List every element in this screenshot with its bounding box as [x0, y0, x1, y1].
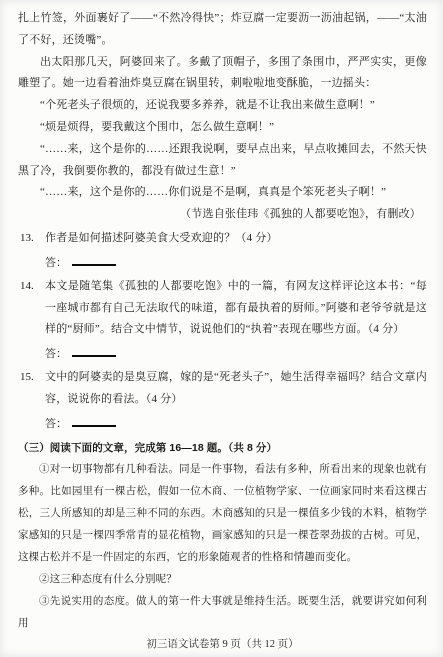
question-13: 13. 作者是如何描述阿婆美食大受欢迎的？（4 分）	[18, 228, 427, 250]
answer-blank	[72, 253, 116, 266]
answer-label: 答：	[45, 348, 67, 360]
essay-paragraph: ③先说实用的态度。做人的第一件大事就是维持生活。既要生活，就要讲究如何利用	[18, 591, 427, 635]
passage-paragraph: 出太阳那几天，阿婆回来了。多戴了顶帽子，多围了条围巾，严严实实，更像雕塑了。她一…	[18, 52, 427, 96]
essay-paragraph: ②这三种态度有什么分别呢？	[18, 569, 427, 591]
question-number: 14.	[20, 276, 34, 298]
answer-line-13: 答：	[45, 253, 427, 273]
section-3: （三）阅读下面的文章，完成第 16—18 题。（共 8 分） ①对一切事物都有几…	[18, 437, 427, 635]
answer-blank	[72, 414, 116, 427]
questions-section: 13. 作者是如何描述阿婆美食大受欢迎的？（4 分） 答： 14. 本文是随笔集…	[18, 228, 427, 434]
section-3-header: （三）阅读下面的文章，完成第 16—18 题。（共 8 分）	[18, 437, 427, 459]
question-number: 15.	[20, 367, 34, 389]
answer-label: 答：	[45, 418, 67, 430]
passage-paragraph: “……来，这个是你的……你们说是不是啊，真真是个笨死老头子啊！”	[18, 182, 427, 204]
answer-line-15: 答：	[45, 414, 427, 434]
question-text: 作者是如何描述阿婆美食大受欢迎的？（4 分）	[45, 228, 427, 250]
question-14: 14. 本文是随笔集《孤独的人都要吃饱》中的一篇，有网友这样评论这本书：“每一座…	[18, 276, 427, 341]
passage-paragraph: “个死老头子很烦的，还说我要多养养，就是不让我出来做生意啊！”	[18, 95, 427, 117]
passage-attribution: （节选自张佳玮《孤独的人都要吃饱》，有删改）	[18, 204, 421, 226]
question-text: 文中的阿婆卖的是臭豆腐，嫁的是“死老头子”，她生活得幸福吗？结合文章内容，说说你…	[45, 367, 427, 411]
essay-paragraph: ①对一切事物都有几种看法。同是一件事物，看法有多种，所看出来的现象也就有多种。比…	[18, 459, 427, 569]
answer-blank	[72, 344, 116, 357]
question-number: 13.	[20, 228, 34, 250]
answer-label: 答：	[45, 257, 67, 269]
question-text: 本文是随笔集《孤独的人都要吃饱》中的一篇，有网友这样评论这本书：“每一座城市都有…	[45, 276, 427, 341]
passage-paragraph: “烦是烦得，要我戴这个围巾，怎么做生意啊！”	[18, 117, 427, 139]
page-footer: 初三语文试卷第 9 页（共 12 页）	[18, 638, 427, 652]
reading-passage: 扎上竹签，外面裹好了——“不然冷得快”；炸豆腐一定要沥一沥油起锅，——“太油了不…	[18, 8, 427, 226]
question-15: 15. 文中的阿婆卖的是臭豆腐，嫁的是“死老头子”，她生活得幸福吗？结合文章内容…	[18, 367, 427, 411]
passage-paragraph: “……来，这个是你的……还跟我说啊，要早点出来，早点收摊回去，不然天快黑了冷，我…	[18, 139, 427, 183]
passage-paragraph: 扎上竹签，外面裹好了——“不然冷得快”；炸豆腐一定要沥一沥油起锅，——“太油了不…	[18, 8, 427, 52]
answer-line-14: 答：	[45, 344, 427, 364]
exam-paper-page: 扎上竹签，外面裹好了——“不然冷得快”；炸豆腐一定要沥一沥油起锅，——“太油了不…	[0, 0, 443, 657]
